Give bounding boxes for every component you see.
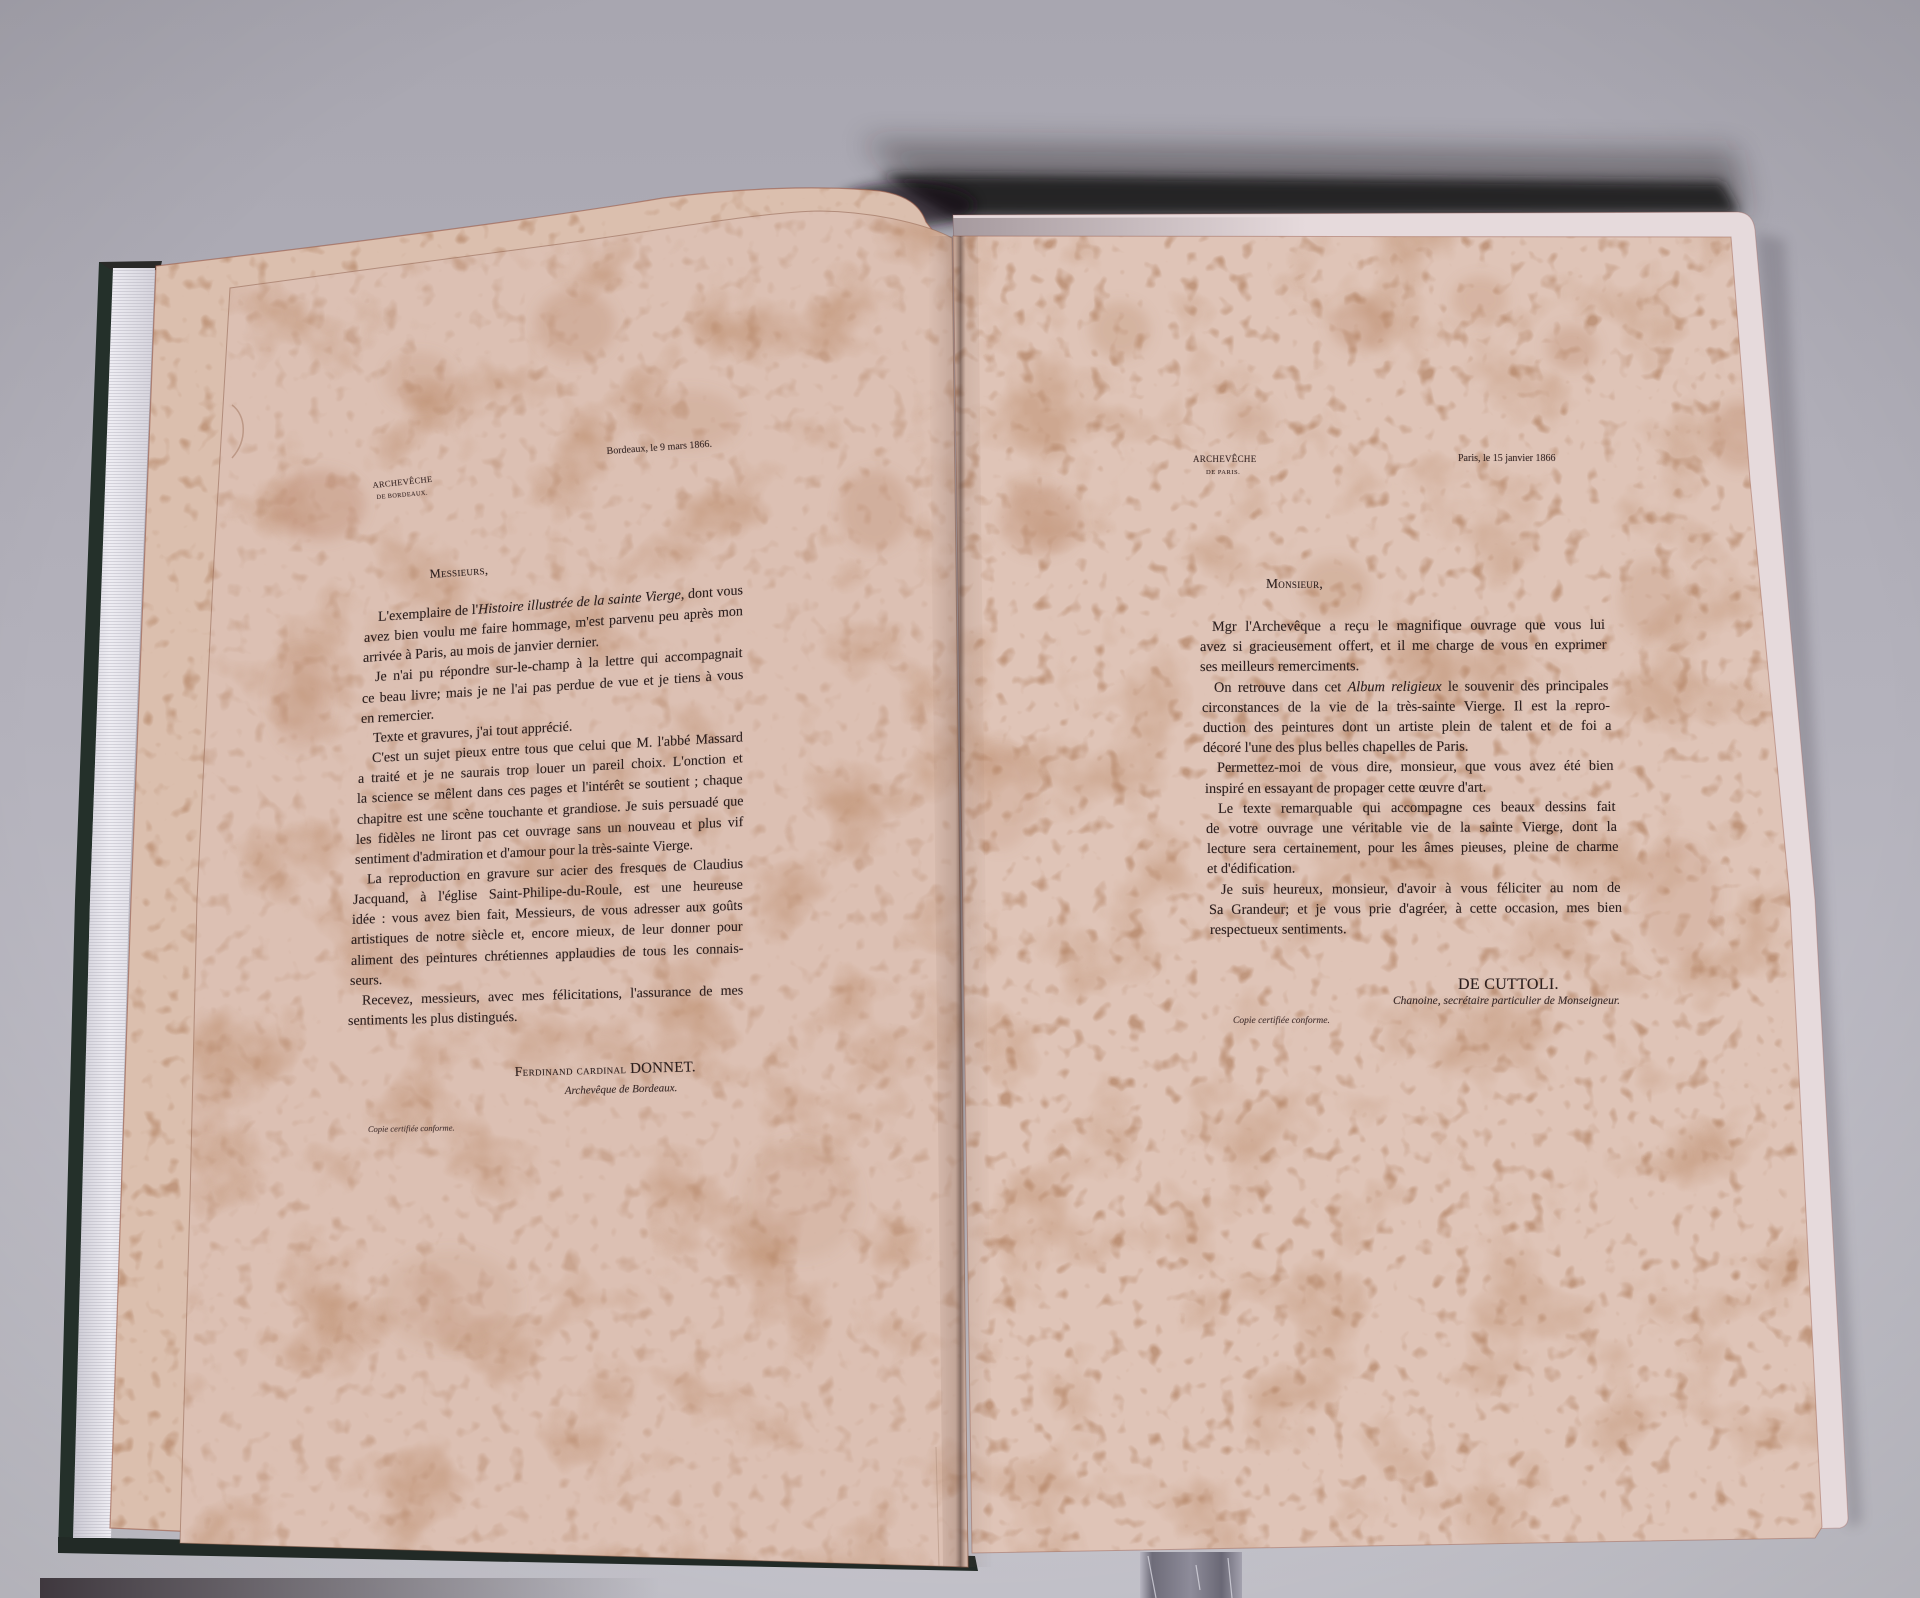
right-line: duction des peintures dont un artiste pl… <box>1203 716 1612 738</box>
right-salutation: Monsieur, <box>1266 577 1323 591</box>
right-line: On retrouve dans cet Album religieux le … <box>1201 675 1609 697</box>
line-text: , dont vous <box>681 583 743 603</box>
left-certification-note: Copie certifiée conforme. <box>368 1123 455 1133</box>
book-and-backdrop <box>0 0 1920 1598</box>
right-signature: DE CUTTOLI. <box>1458 977 1559 993</box>
right-line: avez si gracieusement offert, et il me c… <box>1200 635 1607 657</box>
right-line: Je suis heureux, monsieur, d'avoir à vou… <box>1208 877 1621 899</box>
right-certification-note: Copie certifiée conforme. <box>1233 1017 1330 1027</box>
right-board-top-shade <box>953 216 1740 238</box>
right-line: et d'édification. <box>1207 857 1619 879</box>
bookmark-tape <box>1140 1552 1242 1598</box>
line-text: le souvenir des principales <box>1442 677 1609 694</box>
line-text: On retrouve dans cet <box>1214 679 1348 696</box>
right-line: respectueux sentiments. <box>1210 918 1624 940</box>
right-line: de votre ouvrage une véritable vie de la… <box>1206 817 1617 839</box>
right-letterhead-line2: DE PARIS. <box>1206 470 1240 477</box>
bottom-left-shadow <box>40 1578 660 1598</box>
right-signature-title: Chanoine, secrétaire particulier de Mons… <box>1393 996 1620 1008</box>
right-letterhead-line1: ARCHEVÊCHE <box>1193 455 1257 464</box>
right-line: circonstances de la vie de la très-saint… <box>1202 696 1610 718</box>
right-line: lecture sera certainement, pour les âmes… <box>1207 837 1619 859</box>
right-line: Le texte remarquable qui accompagne ces … <box>1205 797 1616 819</box>
right-line: ses meilleurs remerciments. <box>1200 655 1607 677</box>
signature-name-prefix: Ferdinand cardinal <box>515 1061 627 1079</box>
right-dateline: Paris, le 15 janvier 1866 <box>1458 454 1555 464</box>
right-line: Sa Grandeur; et je vous prie d'agréer, à… <box>1209 898 1622 920</box>
right-line: Permettez-moi de vous dire, monsieur, qu… <box>1204 756 1614 778</box>
open-album-photo: ARCHEVÊCHE DE BORDEAUX. Bordeaux, le 9 m… <box>0 0 1920 1598</box>
italic-book-title: Album religieux <box>1348 678 1442 694</box>
right-line: Mgr l'Archevêque a reçu le magnifique ou… <box>1199 615 1605 637</box>
right-line: inspiré en essayant de propager cette œu… <box>1205 776 1615 798</box>
signature-surname: DONNET. <box>630 1059 696 1077</box>
right-line: décoré l'une des plus belles chapelles d… <box>1203 736 1612 758</box>
